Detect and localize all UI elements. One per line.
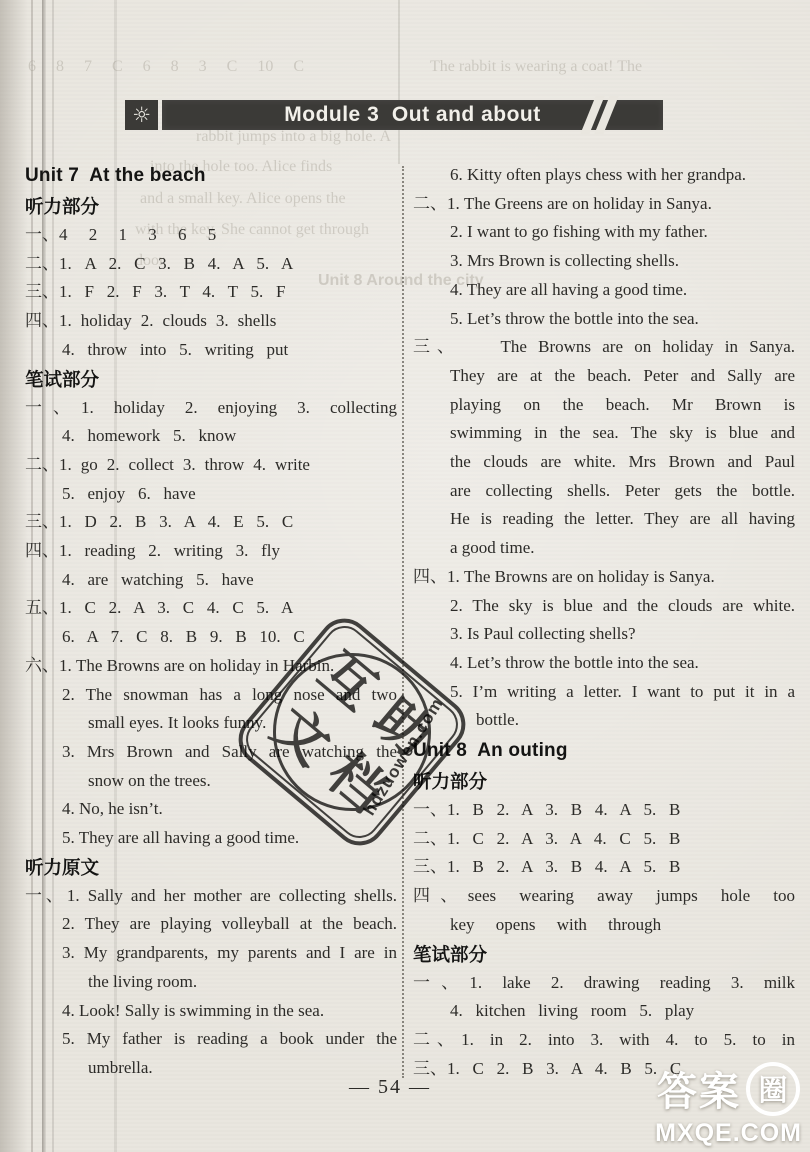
answer-line: 4. throw into 5. writing put xyxy=(25,336,397,365)
answer-line: 3. My grandparents, my parents and I are… xyxy=(25,939,397,968)
answer-line: 一、4 2 1 3 6 5 xyxy=(25,221,397,250)
answer-line: 二、1. The Greens are on holiday in Sanya. xyxy=(413,190,795,219)
answer-line: 3. Is Paul collecting shells? xyxy=(413,620,795,649)
answer-line: 四、1. The Browns are on holiday is Sanya. xyxy=(413,563,795,592)
section-heading: 听力原文 xyxy=(25,853,397,882)
module-title: Module 3 Out and about xyxy=(284,103,541,127)
unit-heading: Unit 8 An outing xyxy=(413,735,795,767)
answer-line: 4. homework 5. know xyxy=(25,422,397,451)
answer-line: 一、1. lake 2. drawing reading 3. milk xyxy=(413,969,795,998)
answer-line: 4. They are all having a good time. xyxy=(413,276,795,305)
answer-line: 一、1. Sally and her mother are collecting… xyxy=(25,882,397,911)
site-logo-url: MXQE.COM xyxy=(655,1119,802,1148)
answer-line: 6. Kitty often plays chess with her gran… xyxy=(413,161,795,190)
answers-right-column: 6. Kitty often plays chess with her gran… xyxy=(413,161,795,1083)
answer-line: 2. The sky is blue and the clouds are wh… xyxy=(413,592,795,621)
site-logo-name: 答案 圈 xyxy=(655,1060,802,1117)
bleed-through-fragment: The rabbit is wearing a coat! The xyxy=(430,58,642,76)
header-icon-box: ☼ xyxy=(125,100,158,130)
answer-line: He is reading the letter. They are all h… xyxy=(413,505,795,534)
bleed-through-fragment: 6 8 7 C 6 8 3 C 10 C xyxy=(28,58,304,76)
answer-line: 三、 The Browns are on holiday in Sanya. xyxy=(413,333,795,362)
answer-line: 5. Let’s throw the bottle into the sea. xyxy=(413,305,795,334)
answer-line: 四、1. reading 2. writing 3. fly xyxy=(25,537,397,566)
answer-line: 3. Mrs Brown is collecting shells. xyxy=(413,247,795,276)
answer-line: 二、1. go 2. collect 3. throw 4. write xyxy=(25,451,397,480)
answer-line: the clouds are white. Mrs Brown and Paul xyxy=(413,448,795,477)
section-heading: 听力部分 xyxy=(413,767,795,796)
scanned-answer-page: 6 8 7 C 6 8 3 C 10 CThe rabbit is wearin… xyxy=(0,0,810,1152)
answer-line: 4. Let’s throw the bottle into the sea. xyxy=(413,649,795,678)
answer-line: 四、sees wearing away jumps hole too xyxy=(413,882,795,911)
light-bulb-icon: ☼ xyxy=(132,103,151,127)
answer-line: 三、1. D 2. B 3. A 4. E 5. C xyxy=(25,508,397,537)
answer-line: 4. are watching 5. have xyxy=(25,566,397,595)
answer-line: playing on the beach. Mr Brown is xyxy=(413,391,795,420)
logo-circled-char: 圈 xyxy=(746,1062,800,1116)
answer-line: 三、1. F 2. F 3. T 4. T 5. F xyxy=(25,278,397,307)
answer-line: 5. enjoy 6. have xyxy=(25,480,397,509)
answer-line: 2. They are playing volleyball at the be… xyxy=(25,910,397,939)
binding-shadow xyxy=(0,0,28,1152)
column-divider xyxy=(402,166,404,1078)
answer-line: a good time. xyxy=(413,534,795,563)
answer-line: 5. I’m writing a letter. I want to put i… xyxy=(413,678,795,707)
answer-line: 5. My father is reading a book under the xyxy=(25,1025,397,1054)
answer-line: 三、1. B 2. A 3. B 4. A 5. B xyxy=(413,853,795,882)
answer-line: 2. I want to go fishing with my father. xyxy=(413,218,795,247)
answer-line: swimming in the sea. The sky is blue and xyxy=(413,419,795,448)
answer-line: the living room. xyxy=(25,968,397,997)
answer-line: 二、1. in 2. into 3. with 4. to 5. to in xyxy=(413,1026,795,1055)
section-heading: 听力部分 xyxy=(25,192,397,221)
answer-line: 4. Look! Sally is swimming in the sea. xyxy=(25,997,397,1026)
section-heading: 笔试部分 xyxy=(413,940,795,969)
answer-line: They are at the beach. Peter and Sally a… xyxy=(413,362,795,391)
bleed-through-fragment: rabbit jumps into a big hole. A xyxy=(196,128,391,146)
answer-line: 一、1. holiday 2. enjoying 3. collecting xyxy=(25,394,397,423)
logo-text: 答案 xyxy=(657,1060,741,1117)
answer-line: 四、1. holiday 2. clouds 3. shells xyxy=(25,307,397,336)
answer-line: 二、1. A 2. C 3. B 4. A 5. A xyxy=(25,250,397,279)
answer-line: are collecting shells. Peter gets the bo… xyxy=(413,477,795,506)
answer-line: key opens with through xyxy=(413,911,795,940)
site-logo: 答案 圈 MXQE.COM xyxy=(655,1060,802,1148)
answer-line: 一、1. B 2. A 3. B 4. A 5. B xyxy=(413,796,795,825)
answer-line: 二、1. C 2. A 3. A 4. C 5. B xyxy=(413,825,795,854)
answer-line: 4. kitchen living room 5. play xyxy=(413,997,795,1026)
unit-heading: Unit 7 At the beach xyxy=(25,160,397,192)
section-heading: 笔试部分 xyxy=(25,365,397,394)
paper-crease xyxy=(398,0,400,164)
